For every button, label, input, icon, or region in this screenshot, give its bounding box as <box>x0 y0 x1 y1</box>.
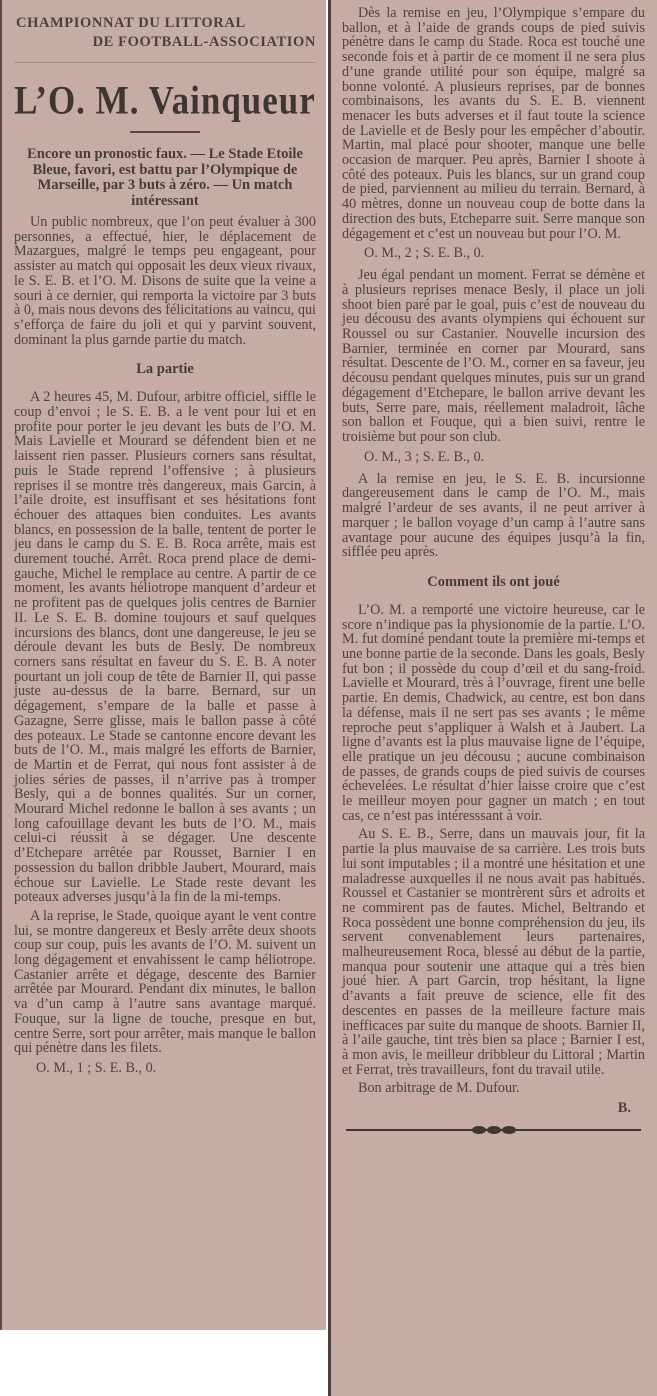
score-line: O. M., 3 ; S. E. B., 0. <box>364 449 645 466</box>
signature: B. <box>342 1100 631 1117</box>
paragraph: L’O. M. a remporté une victoire heureuse… <box>342 603 645 824</box>
paragraph: A la reprise, le Stade, quoique ayant le… <box>14 909 316 1056</box>
closing-line: Bon arbitrage de M. Dufour. <box>342 1081 645 1096</box>
paragraph: Au S. E. B., Serre, dans un mauvais jour… <box>342 827 645 1077</box>
headline: L’O. M. Vainqueur <box>14 78 316 124</box>
score-line: O. M., 2 ; S. E. B., 0. <box>364 245 645 262</box>
intro-paragraph: Un public nombreux, que l’on peut évalue… <box>14 215 316 347</box>
article-left-column: CHAMPIONNAT DU LITTORAL DE FOOTBALL-ASSO… <box>0 0 326 1330</box>
score-line: O. M., 1 ; S. E. B., 0. <box>36 1060 316 1077</box>
headline-rule <box>130 131 200 133</box>
divider <box>14 62 316 63</box>
paragraph: A la remise en jeu, le S. E. B. incursio… <box>342 472 645 560</box>
kicker-line-1: CHAMPIONNAT DU LITTORAL <box>14 14 316 33</box>
kicker-line-2: DE FOOTBALL-ASSOCIATION <box>14 33 316 52</box>
article-right-column: Dès la remise en jeu, l’Olympique s’empa… <box>328 0 657 1396</box>
section-title-comment-ils-ont-joue: Comment ils ont joué <box>342 574 645 591</box>
paragraph: A 2 heures 45, M. Dufour, arbitre offici… <box>14 390 316 905</box>
section-title-la-partie: La partie <box>14 361 316 378</box>
paragraph: Jeu égal pendant un moment. Ferrat se dé… <box>342 268 645 444</box>
ornamental-rule-icon <box>346 1123 641 1137</box>
deck: Encore un pronostic faux. — Le Stade Eto… <box>14 147 316 209</box>
paragraph: Dès la remise en jeu, l’Olympique s’empa… <box>342 6 645 241</box>
kicker: CHAMPIONNAT DU LITTORAL DE FOOTBALL-ASSO… <box>14 14 316 52</box>
